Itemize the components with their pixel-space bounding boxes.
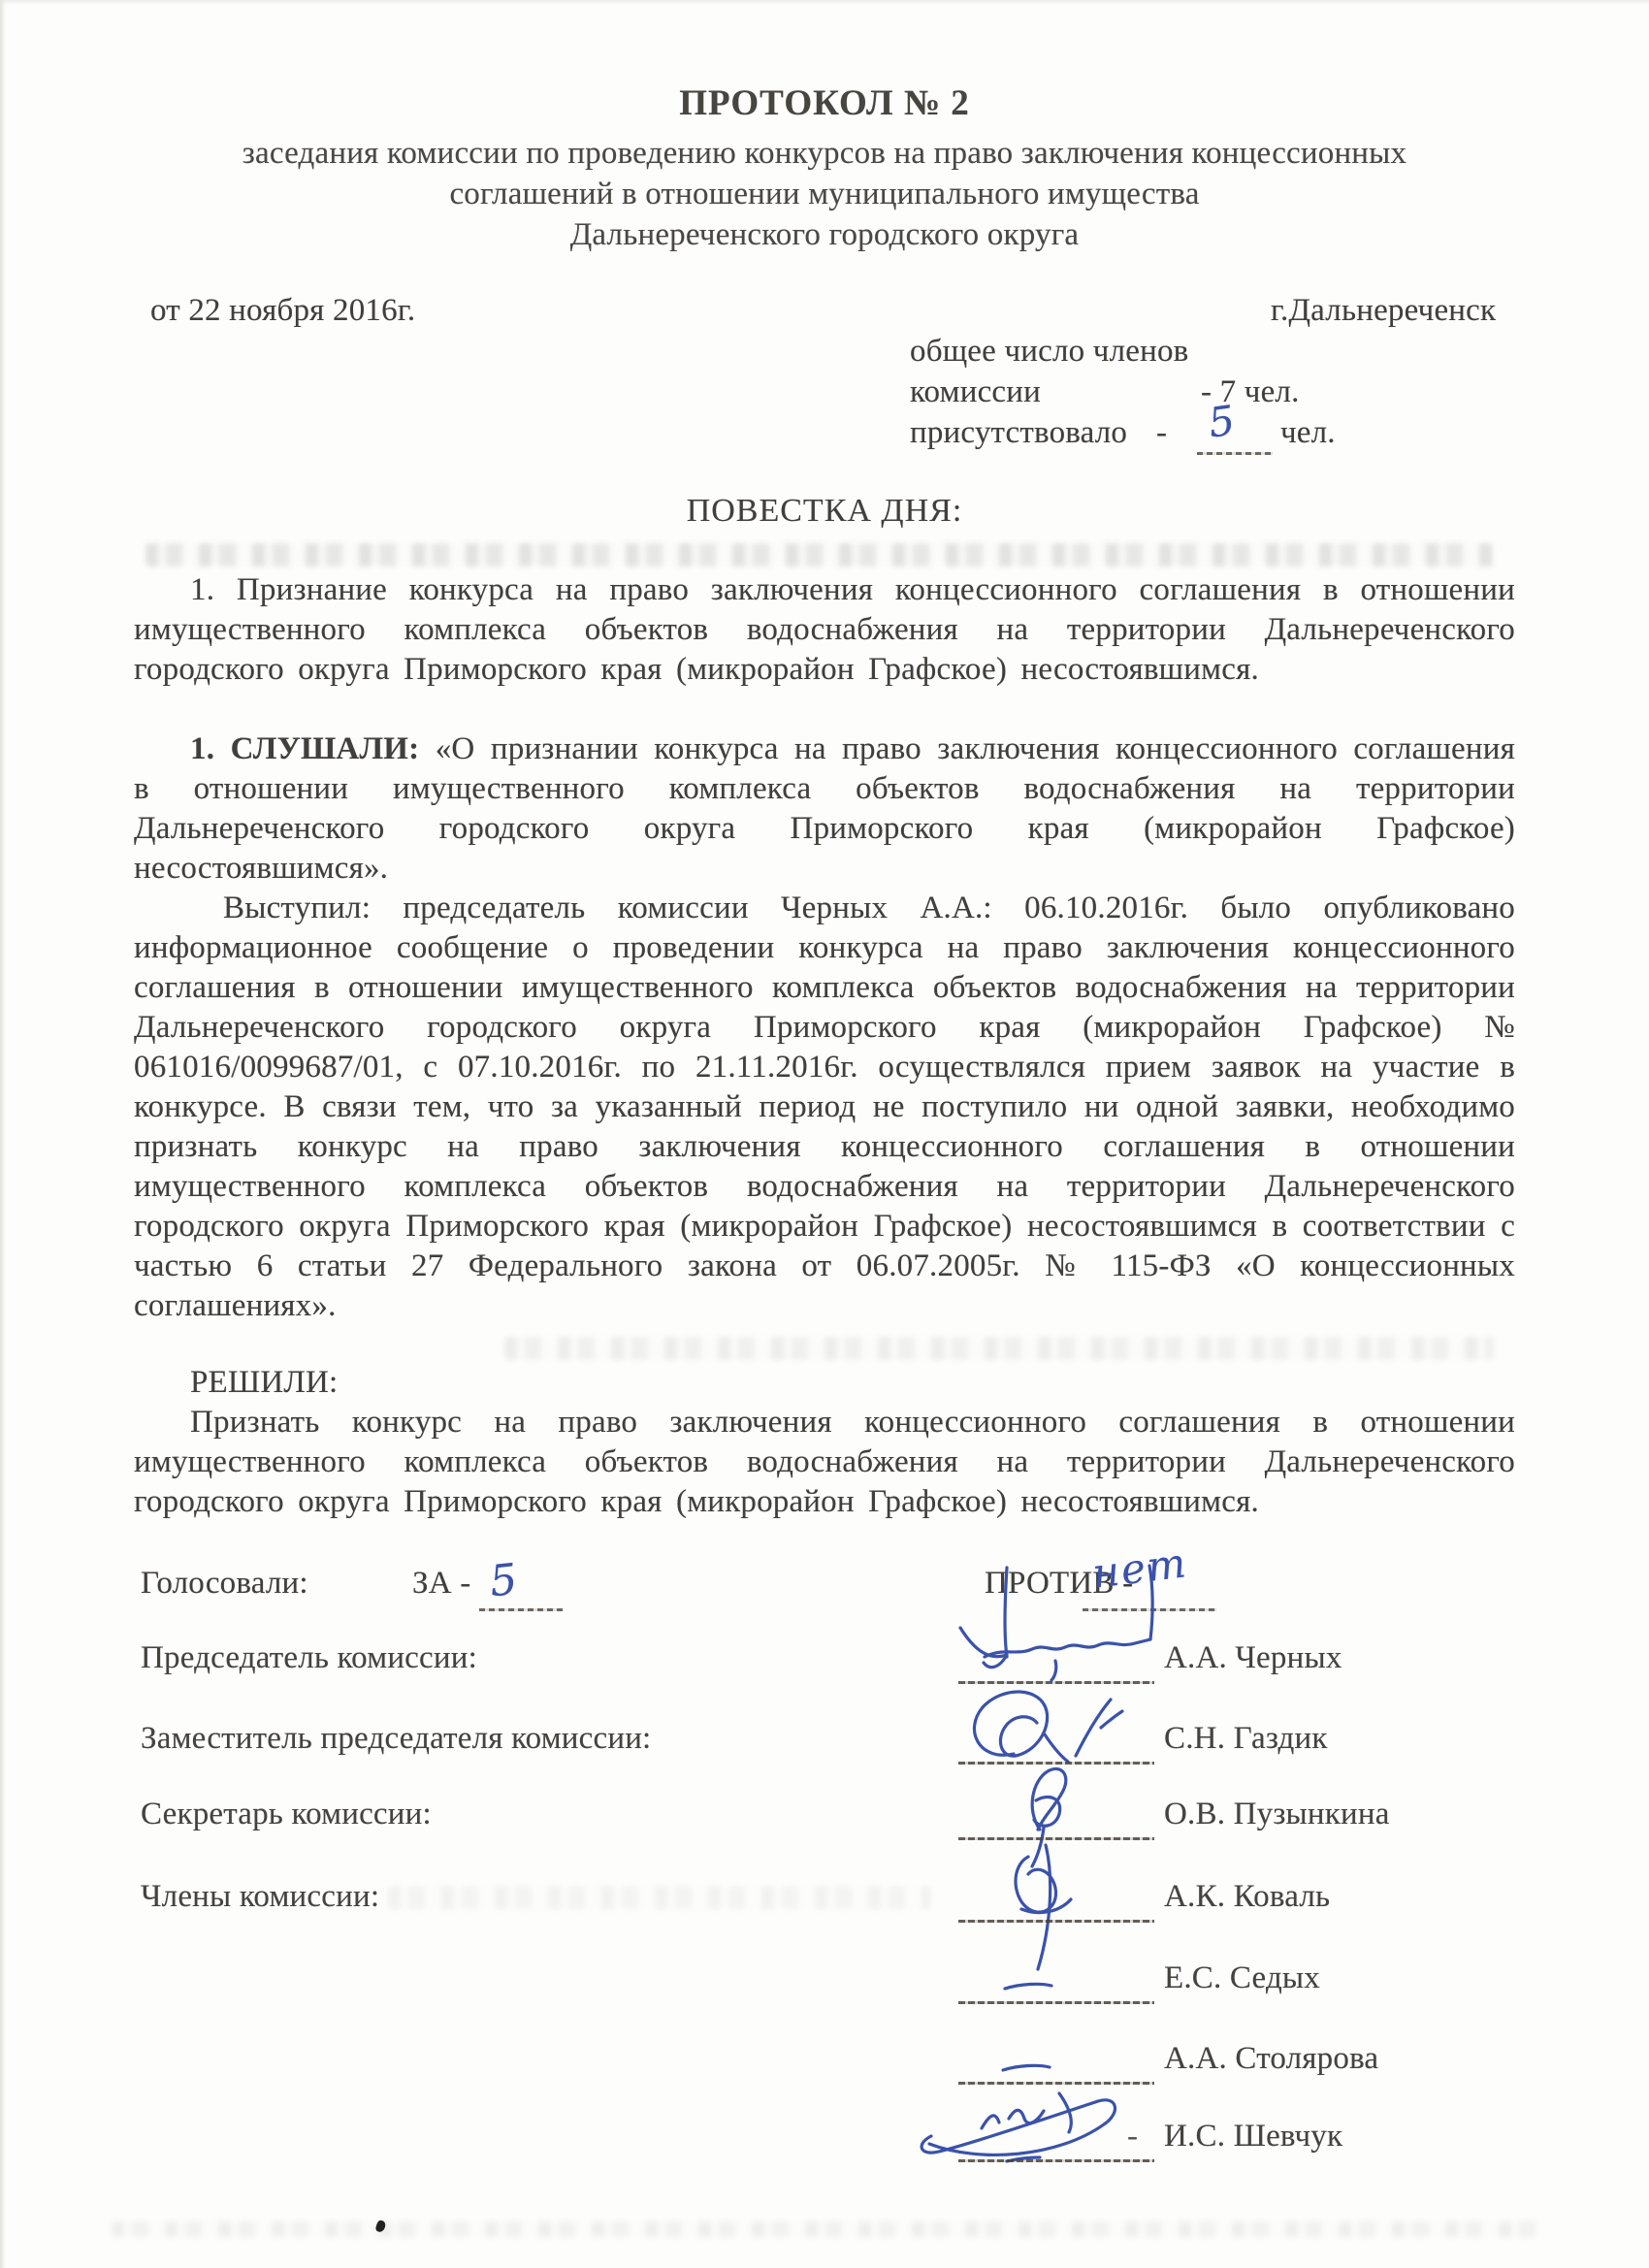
hearing-block: 1. СЛУШАЛИ: «О признании конкурса на пра… <box>134 729 1515 889</box>
signature-name-shevchuk: И.С. Шевчук <box>1164 2119 1342 2155</box>
subtitle-line-3: Дальнереченского городского округа <box>97 214 1552 255</box>
speech-block: Выступил: председатель комиссии Черных А… <box>134 889 1515 1326</box>
agenda-heading: ПОВЕСТКА ДНЯ: <box>0 491 1649 531</box>
signature-name-prefix-dash: - <box>1127 2119 1138 2155</box>
decision-heading: РЕШИЛИ: <box>190 1363 338 1403</box>
signature-name-gazdik: С.Н. Газдик <box>1164 1721 1328 1757</box>
signature-line-member-4 <box>958 2159 1154 2162</box>
signature-line-member-2 <box>958 2001 1154 2004</box>
attendance-present-suffix: чел. <box>1280 413 1336 453</box>
decision-block: Признать конкурс на право заключения кон… <box>134 1403 1515 1522</box>
scan-smudge-1 <box>145 543 1494 567</box>
signature-name-koval: А.К. Коваль <box>1164 1879 1330 1915</box>
signature-koval-ink <box>978 1839 1104 1975</box>
signature-name-sedykh: Е.С. Седых <box>1164 1960 1320 1996</box>
subtitle-line-2: соглашений в отношении муниципального им… <box>97 174 1552 214</box>
hearing-paragraph: 1. СЛУШАЛИ: «О признании конкурса на пра… <box>134 729 1515 889</box>
scanned-protocol-page: ПРОТОКОЛ № 2 заседания комиссии по прове… <box>0 0 1649 2268</box>
signature-name-chernykh: А.А. Черных <box>1164 1640 1342 1676</box>
scan-smudge-3 <box>388 1886 931 1909</box>
hearing-label: 1. СЛУШАЛИ: <box>190 731 419 766</box>
attendance-line-total-members: общее число членов <box>910 332 1188 372</box>
voting-label: Голосовали: <box>141 1564 308 1604</box>
attendance-present-label: присутствовало <box>910 413 1127 453</box>
attendance-total-label: комиссии <box>910 373 1041 412</box>
voting-za-value-handwritten: 5 <box>487 1555 519 1607</box>
scan-smudge-4 <box>112 2221 1537 2237</box>
voting-za-underline <box>479 1608 563 1611</box>
signature-sedykh-ink <box>999 1979 1057 1994</box>
signature-label-members: Члены комиссии: <box>141 1879 379 1915</box>
agenda-item-block: 1. Признание конкурса на право заключени… <box>134 570 1515 690</box>
attendance-present-dash: - <box>1156 413 1167 453</box>
signature-label-secretary: Секретарь комиссии: <box>141 1797 432 1832</box>
signature-line-member-1 <box>958 1920 1154 1923</box>
document-title: ПРОТОКОЛ № 2 <box>0 83 1649 123</box>
document-city: г.Дальнереченск <box>1271 291 1496 331</box>
voting-za-label: ЗА - <box>412 1564 470 1604</box>
signature-shevchuk-ink <box>912 2074 1159 2181</box>
signature-gazdik-ink <box>955 1684 1159 1766</box>
signature-label-chairman: Председатель комиссии: <box>141 1640 477 1676</box>
decision-paragraph: Признать конкурс на право заключения кон… <box>134 1403 1515 1522</box>
scan-edge-left <box>0 0 6 2268</box>
speech-paragraph: Выступил: председатель комиссии Черных А… <box>134 889 1515 1326</box>
document-date: от 22 ноября 2016г. <box>150 291 415 331</box>
scan-edge-top <box>0 0 1649 5</box>
signature-label-deputy-chairman: Заместитель председателя комиссии: <box>141 1721 651 1757</box>
scan-smudge-2 <box>504 1337 1494 1360</box>
document-subtitle: заседания комиссии по проведению конкурс… <box>97 133 1552 255</box>
signature-name-stolyarova: А.А. Столярова <box>1164 2041 1378 2077</box>
signature-name-puzynkina: О.В. Пузынкина <box>1164 1797 1390 1832</box>
signature-chernykh-ink <box>931 1560 1174 1691</box>
subtitle-line-1: заседания комиссии по проведению конкурс… <box>97 133 1552 174</box>
attendance-present-underline <box>1197 452 1273 455</box>
agenda-item-paragraph: 1. Признание конкурса на право заключени… <box>134 570 1515 690</box>
